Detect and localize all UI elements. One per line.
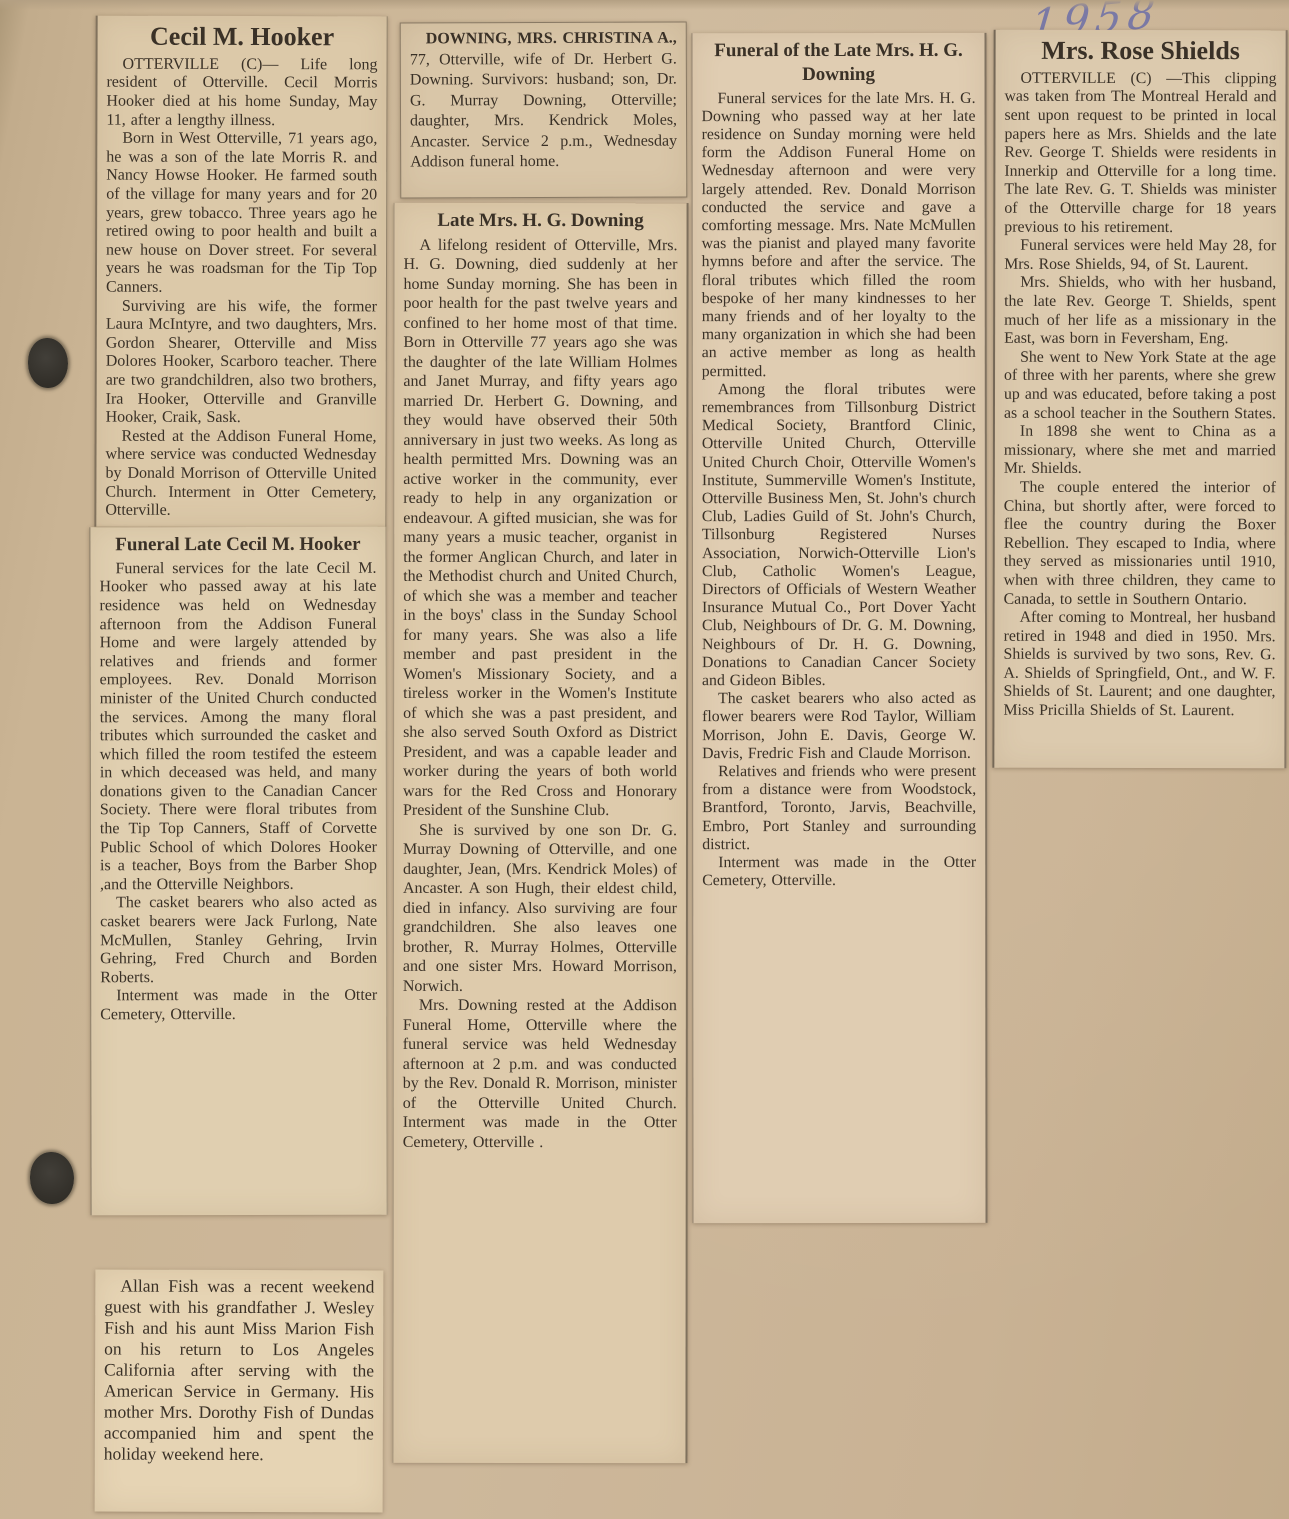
article-paragraph: The casket bearers who also acted as flo…	[702, 690, 976, 763]
clipping-funeral-cecil-hooker: Funeral Late Cecil M. Hooker Funeral ser…	[89, 527, 387, 1216]
clipping-late-mrs-downing: Late Mrs. H. G. Downing A lifelong resid…	[392, 203, 688, 1463]
article-paragraph: Mrs. Shields, who with her husband, the …	[1004, 274, 1276, 349]
article-paragraph: Rested at the Addison Funeral Home, wher…	[105, 427, 376, 521]
article-paragraph: Surviving are his wife, the former Laura…	[106, 297, 377, 428]
article-paragraph: She went to New York State at the age of…	[1004, 349, 1276, 424]
punch-hole-top	[28, 338, 68, 388]
article-paragraph: OTTERVILLE (C) —This clipping was taken …	[1004, 70, 1276, 238]
clipping-rose-shields: Mrs. Rose Shields OTTERVILLE (C) —This c…	[992, 30, 1287, 769]
article-title: Cecil M. Hooker	[107, 22, 378, 53]
article-paragraph: Interment was made in the Otter Cemetery…	[100, 987, 377, 1025]
article-paragraph: OTTERVILLE (C)— Life long resident of Ot…	[106, 56, 377, 131]
article-paragraph: In 1898 she went to China as a missionar…	[1004, 423, 1276, 479]
article-paragraph: Among the floral tributes were remembran…	[702, 381, 976, 691]
article-paragraph: Relatives and friends who were present f…	[702, 763, 976, 854]
notice-body: 77, Otterville, wife of Dr. Herbert G. D…	[410, 50, 677, 170]
punch-hole-bottom	[30, 1152, 74, 1204]
clipping-cecil-hooker-obituary: Cecil M. Hooker OTTERVILLE (C)— Life lon…	[94, 16, 387, 527]
clipping-funeral-mrs-downing: Funeral of the Late Mrs. H. G. Downing F…	[691, 33, 987, 1223]
article-paragraph: Funeral services for the late Cecil M. H…	[99, 560, 377, 895]
article-paragraph: Allan Fish was a recent weekend guest wi…	[104, 1276, 375, 1466]
article-paragraph: A lifelong resident of Otterville, Mrs. …	[403, 236, 678, 821]
article-paragraph: The couple entered the interior of China…	[1004, 479, 1276, 610]
article-title: Late Mrs. H. G. Downing	[404, 209, 678, 233]
article-paragraph: Funeral services for the late Mrs. H. G.…	[702, 89, 976, 380]
article-paragraph: She is survived by one son Dr. G. Murray…	[403, 821, 677, 997]
article-paragraph: Interment was made in the Otter Cemetery…	[702, 854, 976, 891]
clipping-allan-fish: Allan Fish was a recent weekend guest wi…	[95, 1269, 384, 1512]
article-title: Mrs. Rose Shields	[1005, 36, 1277, 66]
article-paragraph: Funeral services were held May 28, for M…	[1004, 237, 1276, 275]
scrapbook-page: 1958 Cecil M. Hooker OTTERVILLE (C)— Lif…	[0, 0, 1289, 1519]
notice-lead: DOWNING, MRS. CHRISTINA A.,	[426, 30, 677, 48]
clipping-downing-death-notice: DOWNING, MRS. CHRISTINA A., 77, Ottervil…	[400, 21, 688, 198]
article-paragraph: Mrs. Downing rested at the Addison Funer…	[403, 996, 677, 1152]
article-paragraph: The casket bearers who also acted as cas…	[100, 894, 377, 987]
article-paragraph: Born in West Otterville, 71 years ago, h…	[106, 130, 377, 298]
article-paragraph: DOWNING, MRS. CHRISTINA A., 77, Ottervil…	[410, 29, 677, 173]
article-paragraph: After coming to Montreal, her husband re…	[1003, 609, 1275, 721]
article-title: Funeral Late Cecil M. Hooker	[99, 533, 376, 557]
article-title: Funeral of the Late Mrs. H. G. Downing	[701, 39, 975, 87]
